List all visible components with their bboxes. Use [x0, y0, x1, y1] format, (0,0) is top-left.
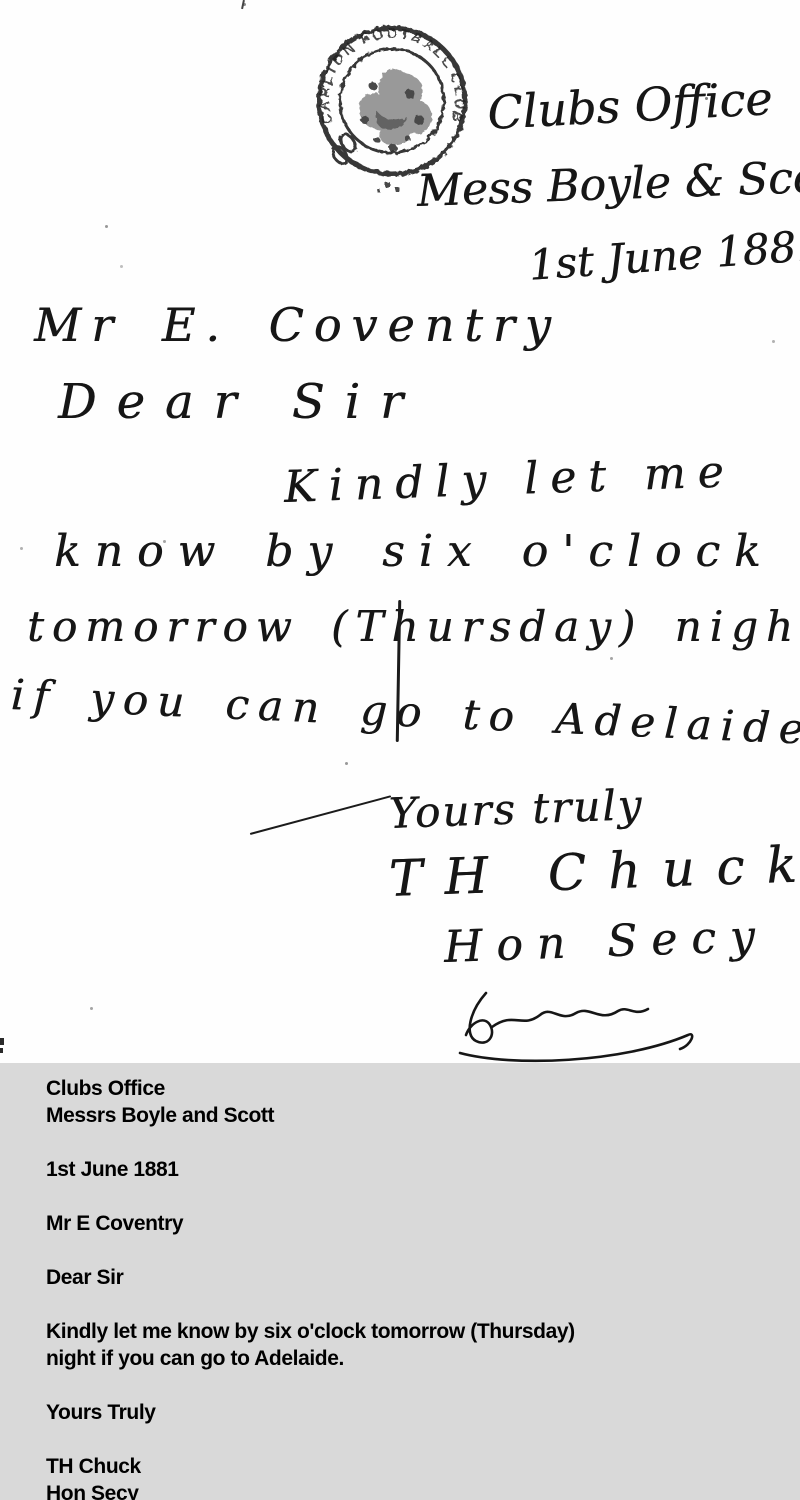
transcript-line: Dear Sir — [46, 1264, 780, 1291]
handwritten-line-body-1: Kindly let me — [283, 446, 736, 513]
transcript-line: night if you can go to Adelaide. — [46, 1345, 780, 1372]
transcription-panel: Clubs Office Messrs Boyle and Scott 1st … — [0, 1063, 800, 1500]
transcript-line: Yours Truly — [46, 1399, 780, 1426]
handwritten-line-body-3: tomorrow (Thursday) night — [27, 602, 800, 651]
scan-noise-specks — [105, 225, 108, 228]
handwritten-line-addressee: Mr E. Coventry — [34, 298, 561, 352]
handwritten-line-body-4: if you can go to Adelaide. — [10, 670, 800, 755]
scan-edge-mark — [0, 1038, 4, 1045]
handwritten-line-valediction: Yours truly — [388, 780, 644, 838]
handwritten-line-clubs-office: Clubs Office — [486, 71, 774, 140]
transcript-block-address: Clubs Office Messrs Boyle and Scott — [46, 1075, 780, 1129]
signature-flourish — [452, 983, 717, 1063]
transcript-block-body: Kindly let me know by six o'clock tomorr… — [46, 1318, 780, 1372]
transcript-line: Kindly let me know by six o'clock tomorr… — [46, 1318, 780, 1345]
scan-edge-mark — [0, 1048, 3, 1053]
transcript-line: 1st June 1881 — [46, 1156, 780, 1183]
handwritten-line-title: Hon Secy — [443, 911, 769, 973]
transcript-line: Messrs Boyle and Scott — [46, 1102, 780, 1129]
scanned-letter: CARLTON FOOTBALL CLUB Clubs Office Mess … — [0, 0, 800, 1063]
transcript-block-signature: TH Chuck Hon Secy — [46, 1453, 780, 1500]
transcript-block-addressee: Mr E Coventry — [46, 1210, 780, 1237]
transcript-block-valediction: Yours Truly — [46, 1399, 780, 1426]
handwritten-line-salutation: Dear Sir — [58, 374, 423, 430]
handwritten-line-body-2: know by six o'clock — [54, 526, 775, 577]
transcript-block-date: 1st June 1881 — [46, 1156, 780, 1183]
handwritten-line-date: 1st June 1881 — [527, 220, 800, 289]
scan-edge-mark — [241, 0, 245, 9]
transcript-block-salutation: Dear Sir — [46, 1264, 780, 1291]
transcript-line: TH Chuck — [46, 1453, 780, 1480]
transcript-line: Mr E Coventry — [46, 1210, 780, 1237]
transcript-line: Clubs Office — [46, 1075, 780, 1102]
pen-flourish-line — [250, 795, 392, 835]
transcript-line: Hon Secy — [46, 1480, 780, 1500]
handwritten-line-signatory: TH Chuck — [388, 835, 800, 908]
